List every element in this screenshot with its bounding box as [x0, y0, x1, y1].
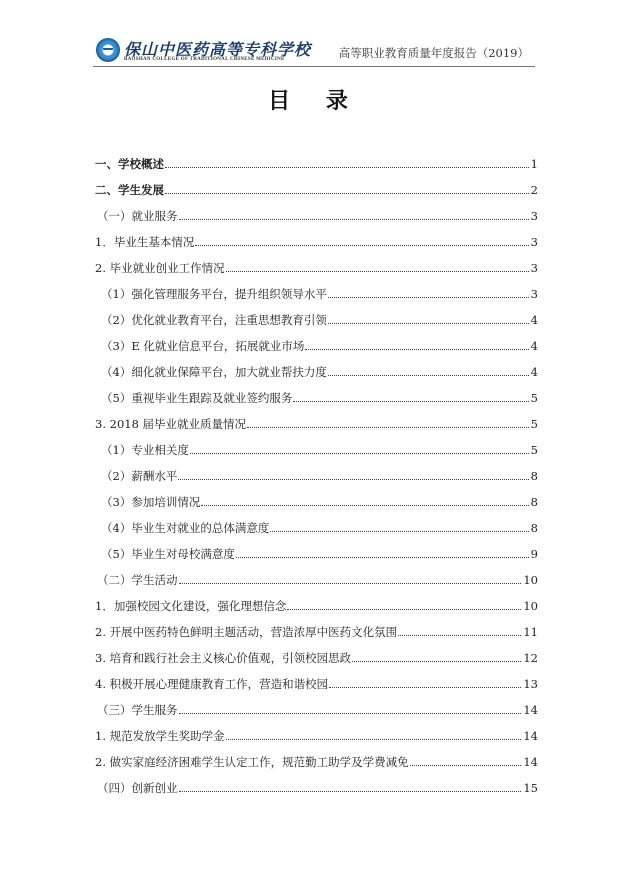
- dot-leader: [328, 375, 529, 376]
- toc-entry[interactable]: 1．毕业生基本情况3: [95, 223, 538, 249]
- dot-leader: [398, 635, 521, 636]
- toc-entry[interactable]: 3. 培育和践行社会主义核心价值观，引领校园思政12: [95, 639, 538, 665]
- school-emblem-icon: [96, 38, 120, 62]
- toc-entry[interactable]: （1）强化管理服务平台，提升组织领导水平3: [95, 275, 538, 301]
- dot-leader: [179, 791, 522, 792]
- dot-leader: [165, 167, 529, 168]
- toc-entry-label: 2. 毕业就业创业工作情况: [95, 261, 226, 275]
- toc-entry-page-number: 4: [531, 339, 538, 353]
- toc-title: 目 录: [0, 84, 630, 115]
- toc-entry-label: （3）参加培训情况: [95, 495, 201, 509]
- toc-entry-label: （2）优化就业教育平台，注重思想教育引领: [95, 313, 328, 327]
- toc-entry[interactable]: （2）薪酬水平8: [95, 457, 538, 483]
- toc-entry[interactable]: （二）学生活动10: [95, 561, 538, 587]
- toc-entry[interactable]: 二、学生发展2: [95, 171, 538, 197]
- dot-leader: [179, 219, 529, 220]
- toc-entry[interactable]: 2. 开展中医药特色鲜明主题活动，营造浓厚中医药文化氛围11: [95, 613, 538, 639]
- toc-entry-label: （2）薪酬水平: [95, 469, 178, 483]
- school-name-en: BAOSHAN COLLEGE OF TRADITIONAL CHINESE M…: [124, 57, 285, 62]
- toc-entry-label: （1）强化管理服务平台，提升组织领导水平: [95, 287, 328, 301]
- dot-leader: [352, 661, 521, 662]
- dot-leader: [179, 713, 522, 714]
- toc-entry-page-number: 15: [523, 781, 538, 795]
- toc-entry-page-number: 14: [523, 729, 538, 743]
- toc-entry-page-number: 5: [531, 443, 538, 457]
- dot-leader: [287, 609, 521, 610]
- toc-entry-page-number: 4: [531, 365, 538, 379]
- toc-entry-page-number: 1: [531, 157, 538, 171]
- toc-entry-page-number: 12: [523, 651, 538, 665]
- toc-entry-label: 3. 培育和践行社会主义核心价值观，引领校园思政: [95, 651, 352, 665]
- dot-leader: [195, 245, 528, 246]
- toc-entry-page-number: 11: [523, 625, 538, 639]
- toc-entry-page-number: 8: [531, 521, 538, 535]
- toc-entry-page-number: 2: [531, 183, 538, 197]
- page-header: 保山中医药高等专科学校 BAOSHAN COLLEGE OF TRADITION…: [93, 36, 535, 67]
- toc-entry[interactable]: （一）就业服务3: [95, 197, 538, 223]
- dot-leader: [179, 583, 522, 584]
- toc-entry-label: 1. 规范发放学生奖助学金: [95, 729, 226, 743]
- toc-entry-page-number: 3: [531, 261, 538, 275]
- dot-leader: [226, 739, 522, 740]
- toc-entry[interactable]: 2. 做实家庭经济困难学生认定工作，规范勤工助学及学费减免14: [95, 743, 538, 769]
- toc-entry-label: 4. 积极开展心理健康教育工作，营造和谐校园: [95, 677, 329, 691]
- toc-entry-label: 一、学校概述: [95, 157, 165, 171]
- toc-entry-page-number: 9: [531, 547, 538, 561]
- toc-entry-page-number: 3: [531, 235, 538, 249]
- toc-entry[interactable]: （三）学生服务14: [95, 691, 538, 717]
- toc-entry-label: （四）创新创业: [95, 781, 179, 795]
- toc-entry[interactable]: 1. 规范发放学生奖助学金14: [95, 717, 538, 743]
- dot-leader: [270, 531, 528, 532]
- dot-leader: [293, 401, 528, 402]
- table-of-contents: 一、学校概述1二、学生发展2（一）就业服务31．毕业生基本情况32. 毕业就业创…: [95, 145, 538, 795]
- toc-entry-page-number: 8: [531, 469, 538, 483]
- toc-entry[interactable]: （5）重视毕业生跟踪及就业签约服务5: [95, 379, 538, 405]
- toc-entry-label: （三）学生服务: [95, 703, 179, 717]
- dot-leader: [236, 557, 529, 558]
- dot-leader: [329, 687, 521, 688]
- toc-entry-page-number: 10: [523, 599, 538, 613]
- toc-entry-label: 1．加强校园文化建设，强化理想信念: [95, 599, 287, 613]
- toc-entry[interactable]: 4. 积极开展心理健康教育工作，营造和谐校园13: [95, 665, 538, 691]
- dot-leader: [165, 193, 529, 194]
- toc-entry[interactable]: （4）细化就业保障平台，加大就业帮扶力度4: [95, 353, 538, 379]
- toc-entry[interactable]: （1）专业相关度5: [95, 431, 538, 457]
- toc-entry-label: （二）学生活动: [95, 573, 179, 587]
- dot-leader: [410, 765, 522, 766]
- toc-entry[interactable]: （四）创新创业15: [95, 769, 538, 795]
- dot-leader: [190, 453, 529, 454]
- dot-leader: [178, 479, 528, 480]
- dot-leader: [226, 271, 529, 272]
- toc-entry-label: （4）细化就业保障平台，加大就业帮扶力度: [95, 365, 328, 379]
- toc-entry-page-number: 5: [531, 391, 538, 405]
- toc-entry-label: （一）就业服务: [95, 209, 179, 223]
- toc-entry-label: （5）毕业生对母校满意度: [95, 547, 236, 561]
- toc-entry-label: 2. 开展中医药特色鲜明主题活动，营造浓厚中医药文化氛围: [95, 625, 398, 639]
- toc-entry[interactable]: 2. 毕业就业创业工作情况3: [95, 249, 538, 275]
- report-title: 高等职业教育质量年度报告（2019）: [339, 45, 529, 61]
- toc-entry-label: （1）专业相关度: [95, 443, 190, 457]
- toc-entry-page-number: 5: [531, 417, 538, 431]
- toc-entry[interactable]: （5）毕业生对母校满意度9: [95, 535, 538, 561]
- toc-entry[interactable]: 一、学校概述1: [95, 145, 538, 171]
- dot-leader: [247, 427, 529, 428]
- toc-entry-label: （3）E 化就业信息平台，拓展就业市场: [95, 339, 305, 353]
- dot-leader: [305, 349, 528, 350]
- toc-entry-page-number: 13: [523, 677, 538, 691]
- toc-entry-page-number: 3: [531, 287, 538, 301]
- toc-entry-label: 3. 2018 届毕业就业质量情况: [95, 417, 247, 431]
- toc-entry-label: （5）重视毕业生跟踪及就业签约服务: [95, 391, 293, 405]
- toc-entry-label: （4）毕业生对就业的总体满意度: [95, 521, 270, 535]
- toc-entry-page-number: 14: [523, 703, 538, 717]
- toc-entry-page-number: 14: [523, 755, 538, 769]
- toc-entry-page-number: 4: [531, 313, 538, 327]
- toc-entry-label: 二、学生发展: [95, 183, 165, 197]
- dot-leader: [328, 323, 529, 324]
- toc-entry-page-number: 10: [523, 573, 538, 587]
- dot-leader: [201, 505, 528, 506]
- toc-entry-page-number: 8: [531, 495, 538, 509]
- toc-entry[interactable]: 1．加强校园文化建设，强化理想信念10: [95, 587, 538, 613]
- toc-entry-label: 2. 做实家庭经济困难学生认定工作，规范勤工助学及学费减免: [95, 755, 410, 769]
- toc-entry[interactable]: （4）毕业生对就业的总体满意度8: [95, 509, 538, 535]
- toc-entry-page-number: 3: [531, 209, 538, 223]
- dot-leader: [328, 297, 529, 298]
- toc-entry[interactable]: （2）优化就业教育平台，注重思想教育引领4: [95, 301, 538, 327]
- toc-entry[interactable]: （3）参加培训情况8: [95, 483, 538, 509]
- toc-entry[interactable]: 3. 2018 届毕业就业质量情况5: [95, 405, 538, 431]
- toc-entry-label: 1．毕业生基本情况: [95, 235, 195, 249]
- toc-entry[interactable]: （3）E 化就业信息平台，拓展就业市场4: [95, 327, 538, 353]
